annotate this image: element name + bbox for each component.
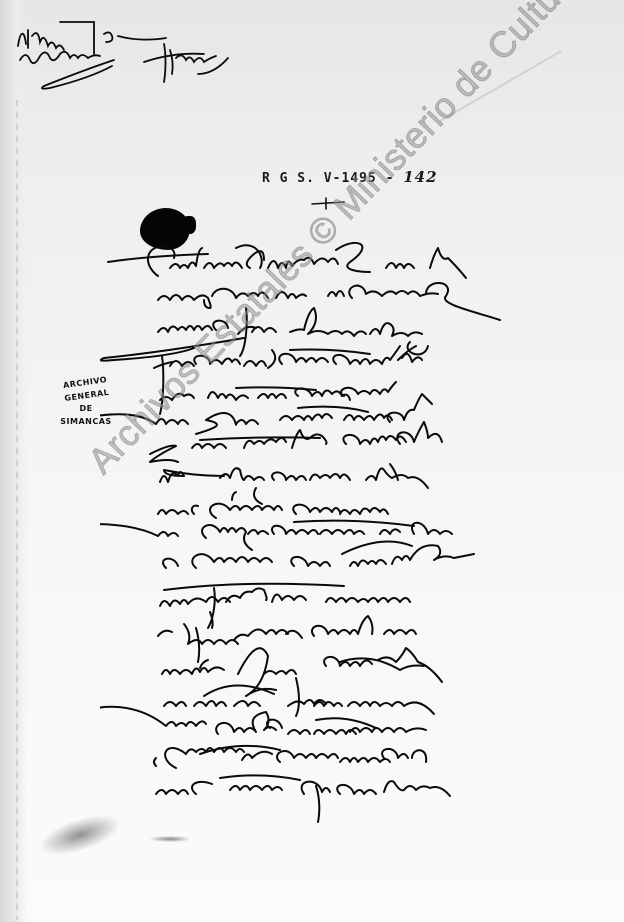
paper-crease bbox=[16, 100, 18, 920]
archive-reference-prefix: R G S. bbox=[262, 171, 315, 186]
handwritten-marginal-note-icon bbox=[14, 14, 254, 94]
marginal-note-top-left bbox=[14, 14, 254, 94]
handwritten-body bbox=[100, 238, 570, 838]
paper-stain-small bbox=[150, 836, 190, 842]
handwritten-text-icon bbox=[100, 238, 570, 838]
paper-stain bbox=[37, 808, 122, 861]
paper-left-edge bbox=[0, 0, 28, 922]
manuscript-page: R G S. V-1495 - 142 ARCHIVO GENERAL DE S… bbox=[0, 0, 624, 922]
